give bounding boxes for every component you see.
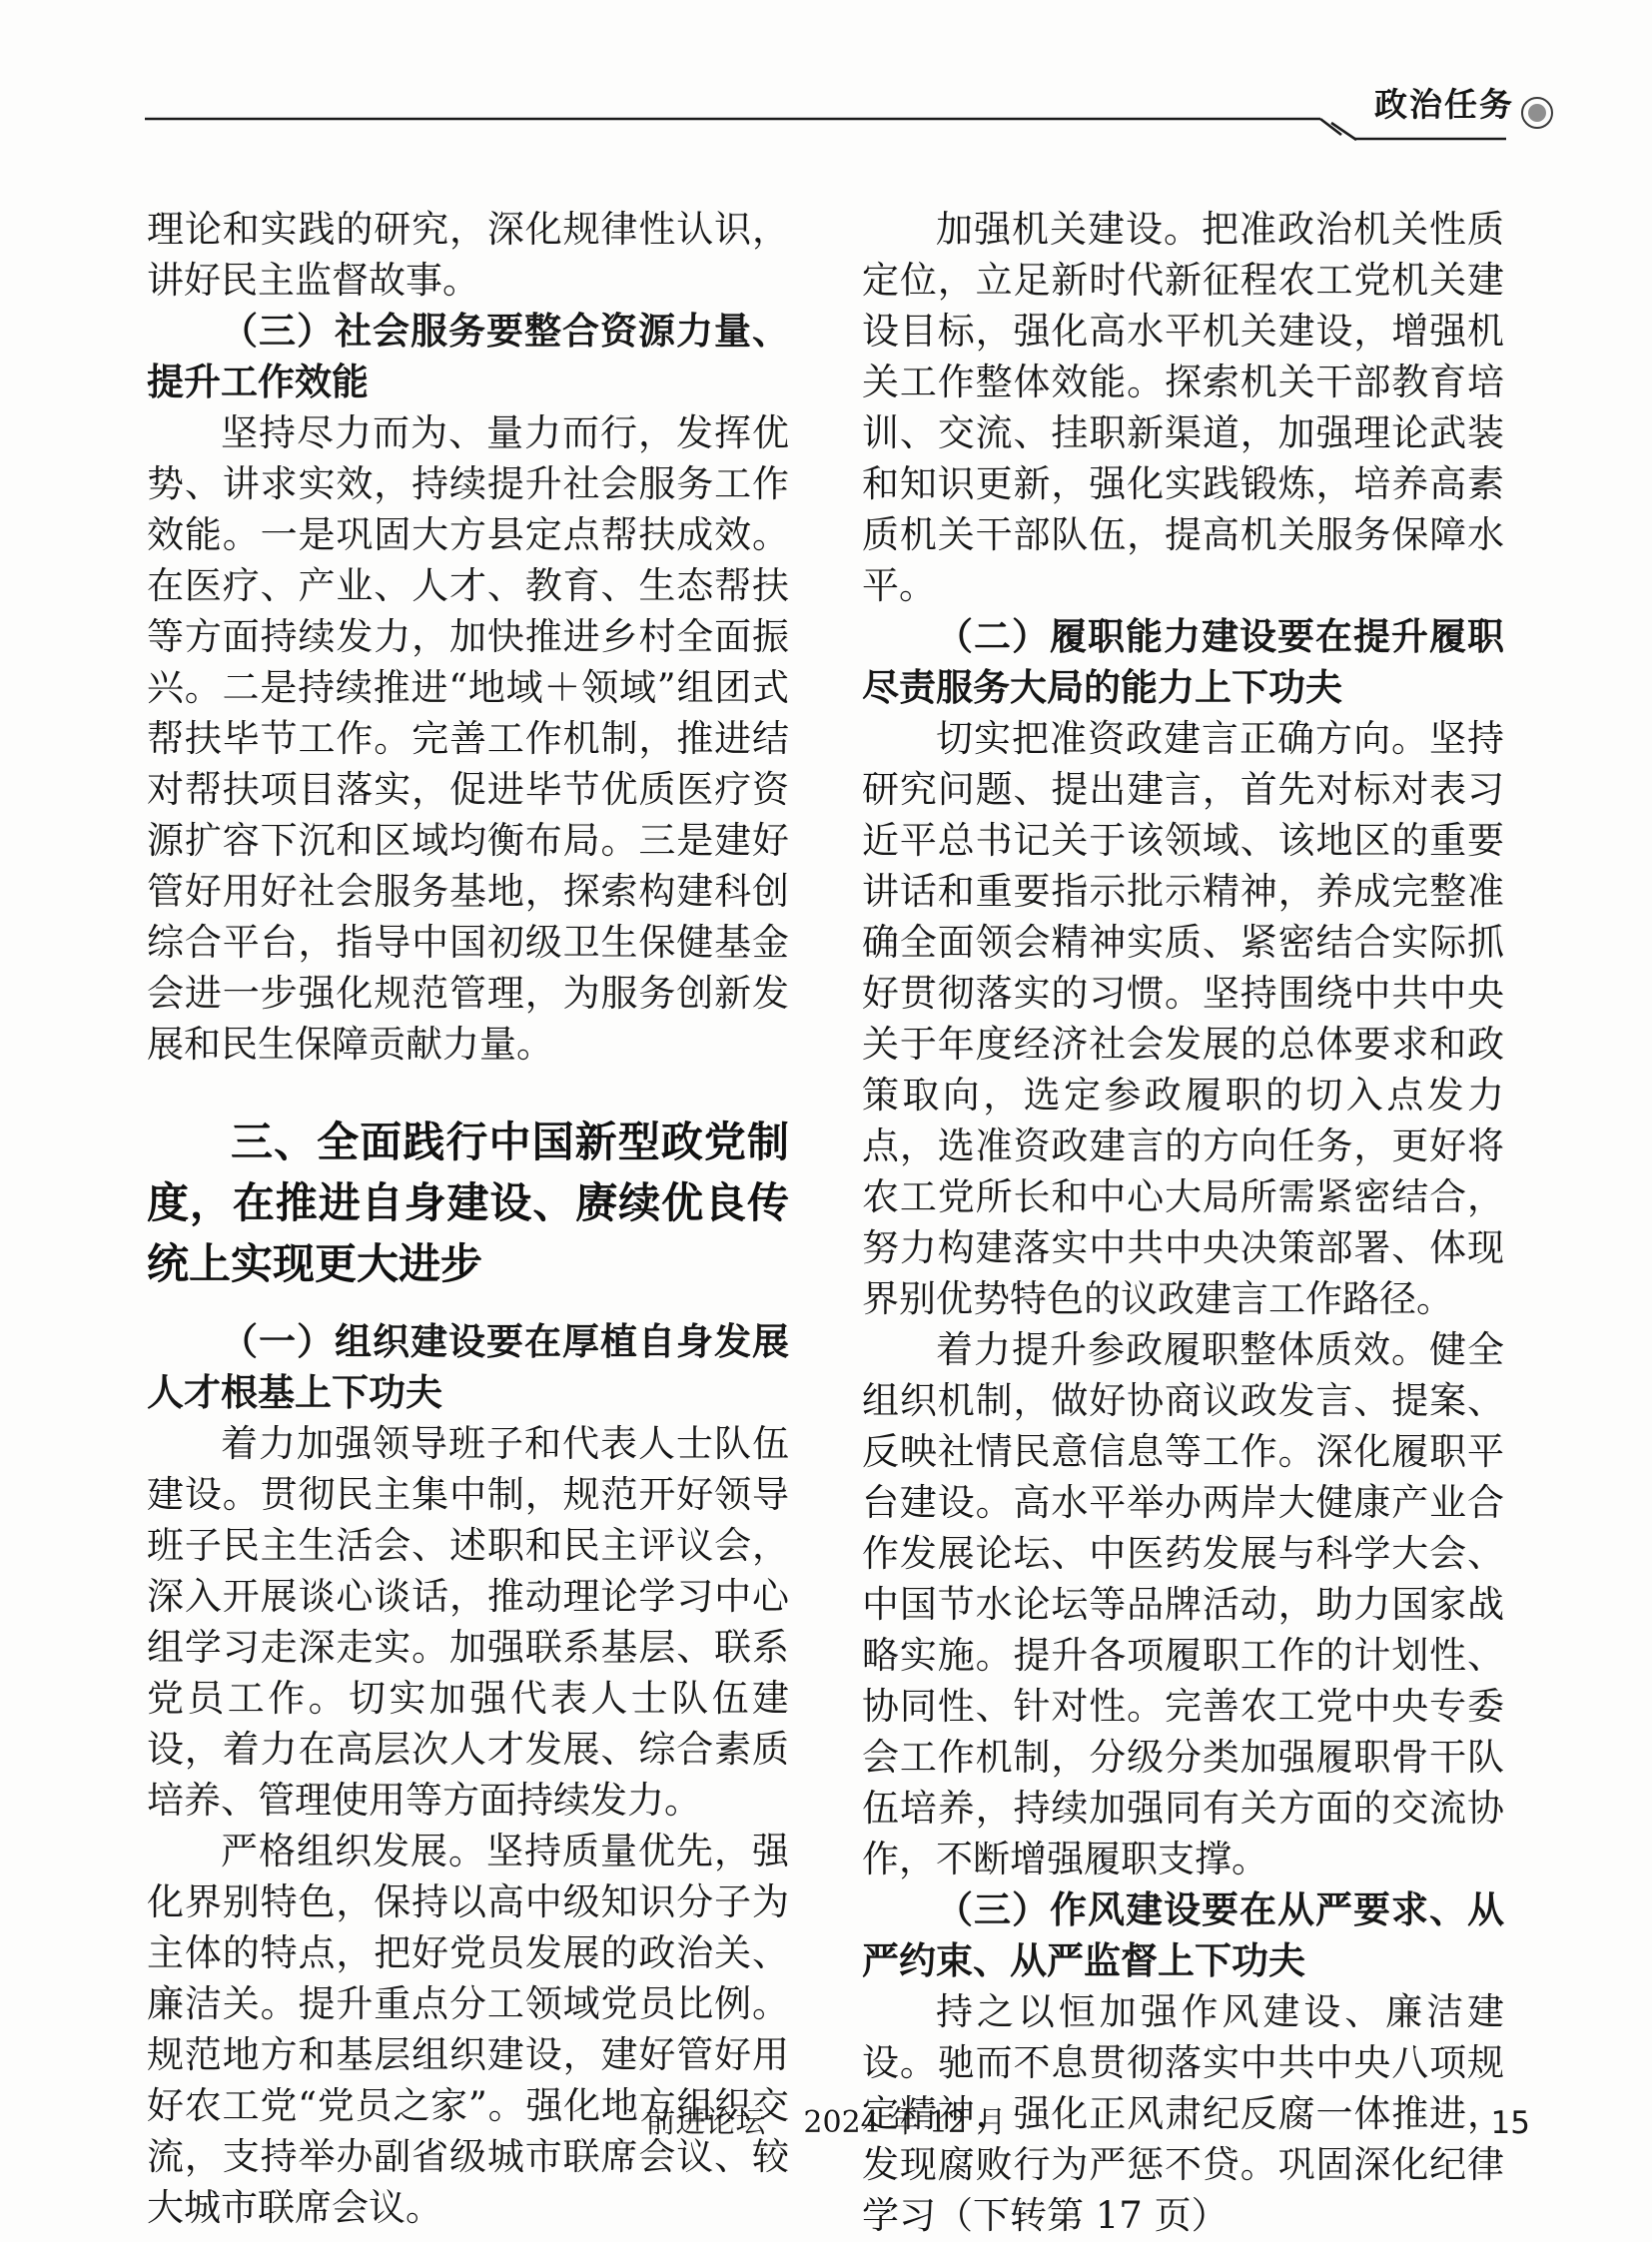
left-column: 理论和实践的研究，深化规律性认识，讲好民主监督故事。 （三）社会服务要整合资源力…: [147, 204, 789, 2241]
paragraph: 严格组织发展。坚持质量优先，强化界别特色，保持以高中级知识分子为主体的特点，把好…: [147, 1826, 789, 2233]
header-rule: [140, 85, 1568, 165]
page-number: 15: [1491, 2103, 1530, 2143]
subsection-heading-2: （二）履职能力建设要在提升履职尽责服务大局的能力上下功夫: [862, 611, 1504, 713]
continuation-paragraph: 理论和实践的研究，深化规律性认识，讲好民主监督故事。: [147, 204, 789, 306]
paragraph: 坚持尽力而为、量力而行，发挥优势、讲求实效，持续提升社会服务工作效能。一是巩固大…: [147, 407, 789, 1070]
paragraph: 着力加强领导班子和代表人士队伍建设。贯彻民主集中制，规范开好领导班子民主生活会、…: [147, 1418, 789, 1826]
paragraph: 着力提升参政履职整体质效。健全组织机制，做好协商议政发言、提案、反映社情民意信息…: [862, 1324, 1504, 1884]
right-column: 加强机关建设。把准政治机关性质定位，立足新时代新征程农工党机关建设目标，强化高水…: [862, 204, 1504, 2241]
running-head-label: 政治任务: [1374, 86, 1514, 124]
footer: 前进论坛2024 年 12 月: [0, 2103, 1652, 2143]
subsection-heading-3b: （三）作风建设要在从严要求、从严约束、从严监督上下功夫: [862, 1884, 1504, 1986]
subsection-heading-3: （三）社会服务要整合资源力量、提升工作效能: [147, 306, 789, 407]
section-title: 三、全面践行中国新型政党制度，在推进自身建设、赓续优良传统上实现更大进步: [147, 1112, 789, 1294]
paragraph: 加强机关建设。把准政治机关性质定位，立足新时代新征程农工党机关建设目标，强化高水…: [862, 204, 1504, 611]
bullseye-icon: [1522, 98, 1552, 128]
magazine-page: 政治任务 理论和实践的研究，深化规律性认识，讲好民主监督故事。 （三）社会服务要…: [0, 0, 1652, 2242]
article-body: 理论和实践的研究，深化规律性认识，讲好民主监督故事。 （三）社会服务要整合资源力…: [147, 204, 1505, 2241]
issue-date: 2024 年 12 月: [803, 2105, 1006, 2140]
paragraph: 切实把准资政建言正确方向。坚持研究问题、提出建言，首先对标对表习近平总书记关于该…: [862, 713, 1504, 1324]
journal-name: 前进论坛: [645, 2105, 765, 2140]
subsection-heading-1: （一）组织建设要在厚植自身发展人才根基上下功夫: [147, 1316, 789, 1418]
